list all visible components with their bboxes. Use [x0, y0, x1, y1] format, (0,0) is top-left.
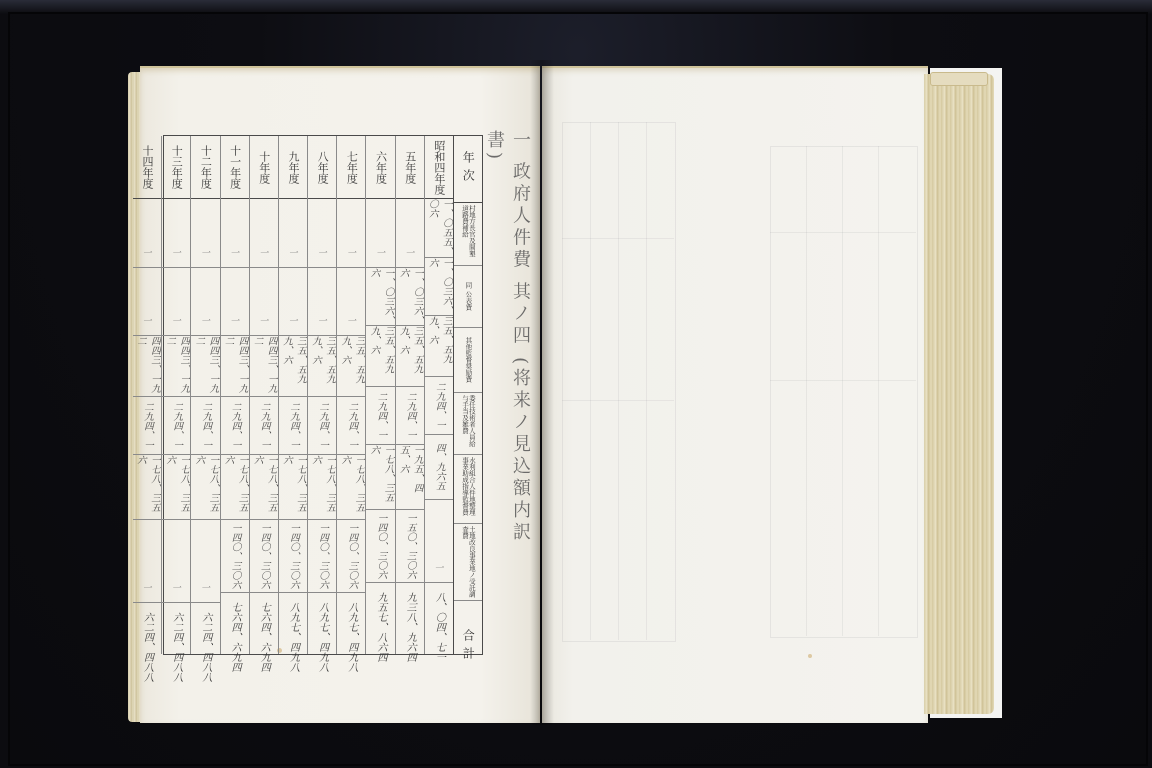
value-cell: 一 — [337, 199, 365, 268]
year-label: 昭和四年度 — [425, 136, 453, 199]
year-column: 六年度 一 一、〇三六、六 三五、五九九、六 二九四、一 一七八、三五六 一四〇… — [365, 136, 394, 654]
header-column: 年次 村地方長官及開墾道路費補給 同 公表費 其他監督奨励費 委任技術者人員給与… — [453, 136, 482, 654]
value-cell: 一 — [221, 199, 249, 268]
header-row-label: 委任技術者人員給与手当及雑費 — [454, 393, 482, 455]
value-cell: 四、九六五 — [425, 435, 453, 500]
value-cell: 一七八、三五六 — [221, 455, 249, 520]
bleed-line — [618, 122, 619, 640]
total-cell: 九三八、九六四 — [396, 583, 424, 671]
year-column: 七年度 一 一 三五、五九九、六 二九四、一 一七八、三五六 一四〇、三〇六 八… — [336, 136, 365, 654]
total-cell: 七六四、六九四 — [250, 593, 278, 681]
value-cell: 一四〇、三〇六 — [250, 520, 278, 593]
bleed-through-table-a — [562, 122, 676, 642]
value-cell: 一七八、三五六 — [162, 455, 190, 520]
book-gutter — [530, 60, 554, 725]
total-cell: 六二四、四八八 — [162, 603, 190, 691]
value-cell: 一 — [250, 268, 278, 336]
value-cell: 一七八、三五六 — [279, 455, 307, 520]
value-cell: 二九四、一 — [308, 397, 336, 455]
value-cell: 一 — [337, 268, 365, 336]
header-row-label: 同 公表費 — [454, 266, 482, 328]
value-cell: 一七八、三五六 — [250, 455, 278, 520]
bleed-line — [590, 122, 591, 640]
total-cell: 八九七、四九八 — [337, 593, 365, 681]
year-column: 十三年度 一 一 四四三、一九二 二九四、一 一七八、三五六 一 六二四、四八八 — [161, 136, 190, 654]
year-label: 八年度 — [308, 136, 336, 199]
value-cell: 三五、五九九、六 — [396, 326, 424, 387]
value-cell: 二九四、一 — [250, 397, 278, 455]
value-cell: 四四三、一九二 — [191, 336, 219, 397]
value-cell: 一 — [133, 268, 161, 336]
value-cell: 一四〇、三〇六 — [221, 520, 249, 593]
value-cell: 一 — [279, 268, 307, 336]
value-cell: 一 — [191, 199, 219, 268]
value-cell: 二九四、一 — [162, 397, 190, 455]
header-year-label: 年次 — [454, 136, 482, 203]
value-cell: 一、〇三六、六 — [425, 258, 453, 316]
value-cell: 三五、五九九、六 — [366, 326, 394, 387]
bleed-line — [770, 232, 916, 233]
value-cell: 一 — [250, 199, 278, 268]
header-total-label: 合計 — [454, 601, 482, 693]
bleed-line — [646, 122, 647, 640]
total-cell: 九五七、八六四 — [366, 583, 394, 671]
bleed-through-table-b — [770, 146, 918, 638]
value-cell: 四四三、一九二 — [250, 336, 278, 397]
value-cell: 一四〇、三〇六 — [308, 520, 336, 593]
value-cell: 一 — [133, 520, 161, 603]
total-cell: 六二四、四八八 — [191, 603, 219, 691]
bleed-line — [562, 238, 674, 239]
value-cell: 四四三、一九二 — [133, 336, 161, 397]
total-cell: 七六四、六九四 — [221, 593, 249, 681]
header-row-label: 土地改良事業地ノ受託調査費 — [454, 524, 482, 601]
value-cell: 二九四、一 — [366, 387, 394, 445]
year-column: 昭和四年度 一、〇五五、〇六 一、〇三六、六 三五、五九九、六 二九四、一 四、… — [424, 136, 453, 654]
value-cell: 一 — [308, 199, 336, 268]
year-label: 十一年度 — [221, 136, 249, 199]
page-title: 一 政府人件費 其ノ四 (将来ノ見込額内訳書) — [505, 130, 533, 570]
value-cell: 二九四、一 — [221, 397, 249, 455]
year-label: 六年度 — [366, 136, 394, 199]
header-row-label: 水利組合人件地整理事業助成指導監督費 — [454, 455, 482, 524]
value-cell: 一四〇、三〇六 — [337, 520, 365, 593]
value-cell: 一 — [308, 268, 336, 336]
value-cell: 一 — [279, 199, 307, 268]
total-cell: 八、〇四、七一 — [425, 583, 453, 671]
ledger-table: 年次 村地方長官及開墾道路費補給 同 公表費 其他監督奨励費 委任技術者人員給与… — [163, 135, 483, 655]
bleed-line — [806, 146, 807, 636]
total-cell: 六二四、四八八 — [133, 603, 161, 691]
value-cell: 四四三、一九二 — [162, 336, 190, 397]
header-row-label: 其他監督奨励費 — [454, 328, 482, 393]
value-cell: 一五〇、三〇六 — [396, 510, 424, 583]
value-cell: 三五、五九九、六 — [308, 336, 336, 397]
value-cell: 一 — [162, 199, 190, 268]
value-cell: 三五、五九九、六 — [425, 316, 453, 377]
year-column: 五年度 一 一、〇三六、六 三五、五九九、六 二九四、一 一九五、四五、六 一五… — [395, 136, 424, 654]
value-cell: 二九四、一 — [396, 387, 424, 445]
value-cell: 一七八、三五六 — [133, 455, 161, 520]
value-cell: 一 — [162, 268, 190, 336]
value-cell: 一 — [396, 199, 424, 268]
value-cell: 一七八、三五六 — [308, 455, 336, 520]
year-label: 十年度 — [250, 136, 278, 199]
year-column: 十年度 一 一 四四三、一九二 二九四、一 一七八、三五六 一四〇、三〇六 七六… — [249, 136, 278, 654]
bleed-line — [562, 400, 674, 401]
value-cell: 一、〇五五、〇六 — [425, 199, 453, 258]
year-label: 七年度 — [337, 136, 365, 199]
value-cell: 一、〇三六、六 — [366, 268, 394, 326]
value-cell: 一四〇、三〇六 — [279, 520, 307, 593]
year-label: 九年度 — [279, 136, 307, 199]
bleed-line — [770, 380, 916, 381]
value-cell: 二九四、一 — [425, 377, 453, 435]
value-cell: 一 — [191, 268, 219, 336]
total-cell: 八九七、四九八 — [279, 593, 307, 681]
year-label: 十三年度 — [162, 136, 190, 199]
value-cell: 一四〇、三〇六 — [366, 510, 394, 583]
year-column: 八年度 一 一 三五、五九九、六 二九四、一 一七八、三五六 一四〇、三〇六 八… — [307, 136, 336, 654]
value-cell: 二九四、一 — [191, 397, 219, 455]
page-stack-top — [930, 72, 988, 86]
value-cell: 一九五、四五、六 — [396, 445, 424, 510]
bleed-line — [878, 146, 879, 636]
year-label: 五年度 — [396, 136, 424, 199]
value-cell: 二九四、一 — [337, 397, 365, 455]
paper-stain — [808, 654, 812, 658]
value-cell: 四四三、一九二 — [221, 336, 249, 397]
value-cell: 一七八、三五六 — [337, 455, 365, 520]
value-cell: 三五、五九九、六 — [279, 336, 307, 397]
bleed-line — [842, 146, 843, 636]
value-cell: 一七八、三五六 — [191, 455, 219, 520]
value-cell: 二九四、一 — [133, 397, 161, 455]
value-cell: 一 — [425, 500, 453, 583]
value-cell: 一 — [366, 199, 394, 268]
value-cell: 一 — [191, 520, 219, 603]
value-cell: 一 — [221, 268, 249, 336]
right-page-block-edge — [924, 74, 994, 714]
year-label: 十四年度 — [133, 136, 161, 199]
value-cell: 一 — [162, 520, 190, 603]
year-column: 九年度 一 一 三五、五九九、六 二九四、一 一七八、三五六 一四〇、三〇六 八… — [278, 136, 307, 654]
year-column: 十四年度 一 一 四四三、一九二 二九四、一 一七八、三五六 一 六二四、四八八 — [133, 136, 161, 654]
total-cell: 八九七、四九八 — [308, 593, 336, 681]
value-cell: 三五、五九九、六 — [337, 336, 365, 397]
header-row-label: 村地方長官及開墾道路費補給 — [454, 203, 482, 266]
value-cell: 二九四、一 — [279, 397, 307, 455]
value-cell: 一 — [133, 199, 161, 268]
value-cell: 一、〇三六、六 — [396, 268, 424, 326]
year-column: 十一年度 一 一 四四三、一九二 二九四、一 一七八、三五六 一四〇、三〇六 七… — [220, 136, 249, 654]
year-label: 十二年度 — [191, 136, 219, 199]
value-cell: 一七八、三五六 — [366, 445, 394, 510]
year-column: 十二年度 一 一 四四三、一九二 二九四、一 一七八、三五六 一 六二四、四八八 — [190, 136, 219, 654]
